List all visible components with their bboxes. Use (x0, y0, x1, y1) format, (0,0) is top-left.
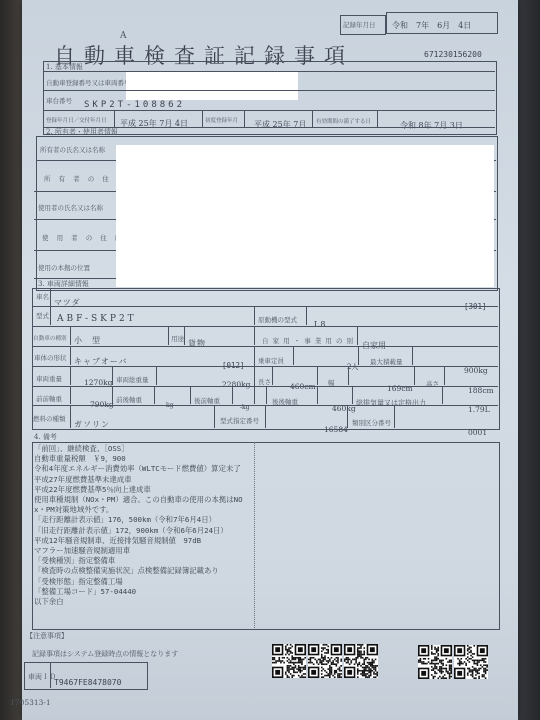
engine-label: 原動機の型式 (258, 315, 297, 324)
divider (412, 346, 413, 365)
remark-line: 平成22年度燃費基準5％向上達成車 (34, 485, 243, 495)
front-rear-axle-label: 前後軸重 (116, 395, 142, 404)
type-designation-label: 型式指定番号 (220, 416, 259, 425)
divider (306, 306, 307, 325)
remark-line: 令和4年度エネルギー消費効率（WLTCモード燃費値）算定未了 (34, 464, 243, 474)
remark-line: 「整備工場コード」57-04440 (34, 587, 243, 597)
type-designation-value: 16584 (324, 425, 348, 434)
divider (266, 386, 267, 404)
remark-line: 「走行距離計表示値」176，500km（令和7年6月4日） (34, 515, 243, 525)
expiry-value: 令和 8年 7月 3日 (400, 120, 463, 131)
displacement-label: 総排気量又は定格出力 (356, 398, 426, 408)
divider (43, 90, 495, 91)
chassis-label: 車台番号 (46, 96, 72, 105)
qr-code-3-icon (344, 644, 378, 678)
divider (168, 326, 169, 345)
divider (70, 366, 71, 385)
remark-line: x・PM対策地域外です。 (34, 505, 243, 515)
first-year-value: 平成 25年 7月 (254, 119, 306, 130)
divider (377, 110, 378, 127)
remarks-list: 「前回」、継続検査、［OSS］自動車重量税額 ￥9，900令和4年度エネルギー消… (34, 444, 243, 607)
remark-line: 平成12年騒音規制車、近接排気騒音規制値 97dB (34, 536, 243, 546)
front-axle-label: 前前軸重 (36, 394, 62, 403)
body-label: 車体の形状 (34, 353, 67, 362)
divider (202, 110, 203, 127)
divider (254, 306, 255, 325)
form-code: 1705313-1 (10, 698, 51, 707)
gross-weight-value: 2280kg (222, 380, 250, 389)
fuel-label: 燃料の種類 (33, 414, 66, 423)
owner-address-label: 所 有 者 の 住 所 (44, 174, 126, 183)
fuel-value: ガソリン (74, 419, 110, 430)
document-number: 671230156200 (424, 50, 482, 59)
divider (347, 405, 348, 428)
remark-line: マフラー加速騒音規制適用車 (34, 546, 243, 556)
qr-code-2-icon (308, 644, 342, 678)
divider (32, 386, 498, 387)
length-label: 長さ (258, 377, 271, 386)
remark-line: 以下余白 (34, 597, 243, 607)
divider (317, 386, 318, 404)
vehicle-id-value: T9467FE8478070 (54, 678, 121, 687)
vehicle-type-value: 小 型 (74, 335, 101, 346)
divider (254, 346, 255, 404)
divider (352, 386, 353, 404)
divider (272, 366, 273, 385)
qr-code-5-icon (454, 645, 488, 679)
use-value: 貨物 (188, 338, 206, 349)
divider (50, 288, 51, 306)
divider (156, 366, 157, 385)
owner-name-label: 所有者の氏名又は名称 (40, 145, 105, 154)
divider (32, 346, 498, 347)
divider (254, 326, 255, 345)
divider (114, 110, 115, 127)
divider (232, 386, 233, 404)
user-address-label: 使 用 者 の 住 所 (42, 233, 124, 242)
divider (358, 346, 359, 365)
vehicle-type-label: 自動車の種別 (33, 334, 67, 342)
divider (442, 386, 443, 404)
class-label: 類別区分番号 (352, 418, 391, 427)
section4-heading: 4. 備考 (34, 432, 57, 442)
height-value: 188cm (468, 386, 494, 395)
notes-text: 記録事項はシステム登録時点の情報となります (32, 649, 178, 659)
engine-value: L8 (314, 320, 326, 329)
remark-line: 「受検種別」指定整備車 (34, 556, 243, 566)
qr-code-4-icon (418, 645, 452, 679)
divider (348, 366, 349, 385)
divider (214, 405, 215, 428)
maker-label: 車名 (36, 292, 49, 301)
gross-weight-label: 車両総重量 (116, 375, 149, 384)
chassis-value: SKP2T-108862 (84, 100, 185, 110)
divider (43, 110, 495, 111)
divider (244, 110, 245, 127)
remark-line: 自動車重量税額 ￥9，900 (34, 454, 243, 464)
private-label: 自 家 用 ・ 事 業 用 の 別 (262, 336, 354, 345)
rear-front-axle-label: 後前軸重 (194, 396, 220, 405)
first-reg-label: 登録年月日／交付年月日 (46, 116, 107, 124)
redacted-owner-info (116, 145, 494, 287)
max-load-value: 900kg (464, 366, 488, 375)
divider (70, 386, 71, 404)
remark-line: 「旧走行距離計表示値」172，900km（令和6年6月24日） (34, 526, 243, 536)
registration-label: 自動車登録番号又は車両番号 (46, 78, 131, 87)
divider (312, 110, 313, 127)
qr-code-1-icon (272, 644, 306, 678)
divider (112, 386, 113, 404)
base-location-label: 使用の本拠の位置 (38, 263, 90, 272)
redacted-registration (126, 72, 298, 100)
divider (32, 326, 498, 327)
inspection-record-document: A 自動車検査証記録事項 記録年月日 令和 7年 6月 4日 671230156… (22, 0, 518, 720)
divider (265, 405, 266, 428)
divider (190, 386, 191, 404)
divider (70, 326, 71, 345)
model-value: ABF-SKP2T (57, 314, 137, 324)
divider (112, 366, 113, 385)
divider (70, 405, 71, 428)
weight-label: 車両重量 (36, 374, 62, 383)
divider (184, 326, 185, 345)
divider (444, 366, 445, 385)
class-value: 0001 (468, 428, 487, 437)
remark-line: 使用車種規制（NOx・PM）適合。この自動車の使用の本拠はNO (34, 495, 243, 505)
divider (414, 366, 415, 385)
notes-heading: 【注意事項】 (26, 631, 68, 641)
remark-line: 「前回」、継続検査、［OSS］ (34, 444, 243, 454)
divider (317, 366, 318, 385)
max-load-label: 最大積載量 (370, 357, 403, 366)
divider (357, 326, 358, 345)
record-date-value: 令和 7年 6月 4日 (392, 20, 471, 31)
displacement-value: 1.79L (468, 405, 490, 414)
remark-line: 平成27年度燃費基準未達成車 (34, 475, 243, 485)
divider (293, 346, 294, 365)
capacity-label: 乗車定員 (258, 356, 284, 365)
remark-line: 「受検形態」指定整備工場 (34, 577, 243, 587)
vehicle-id-label: 車両ＩＤ (28, 672, 56, 682)
divider (154, 386, 155, 404)
model-label: 型式 (36, 311, 49, 320)
use-label: 用途 (171, 334, 184, 343)
divider (70, 346, 71, 365)
divider (32, 366, 498, 367)
divider (50, 306, 51, 325)
divider (254, 442, 255, 628)
remark-line: 「検査時の点検整備実施状況」点検整備記録簿記載あり (34, 566, 243, 576)
record-date-label: 記録年月日 (343, 20, 376, 29)
expiry-label: 有効期間の満了する日 (316, 117, 371, 125)
first-year-label: 初度登録年月 (205, 116, 238, 124)
divider (32, 306, 498, 307)
divider (394, 405, 395, 428)
user-name-label: 使用者の氏名又は名称 (38, 203, 103, 212)
